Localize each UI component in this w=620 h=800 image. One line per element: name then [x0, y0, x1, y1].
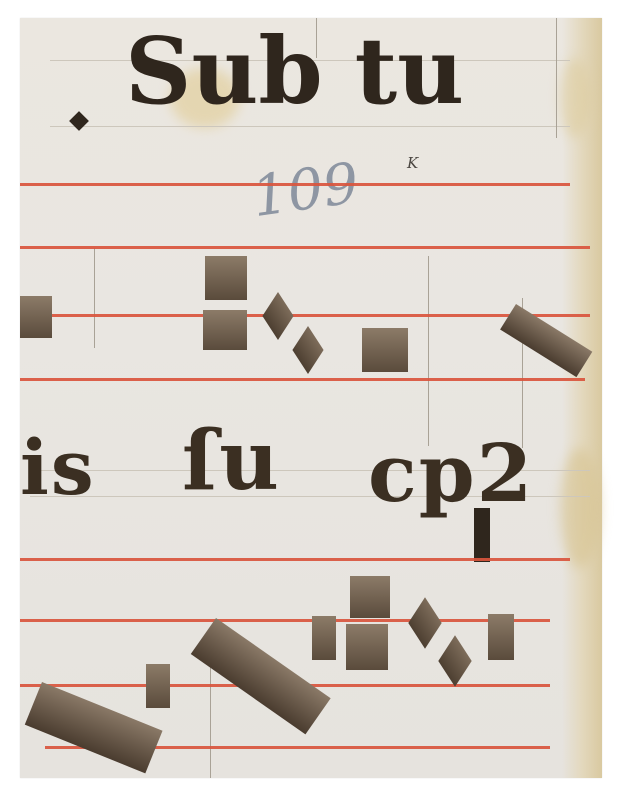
vertical-rule — [94, 248, 95, 348]
pencil-folio-number: 109 — [248, 151, 363, 230]
square-note — [362, 328, 408, 372]
ligature-note — [25, 682, 163, 773]
square-note — [346, 624, 388, 670]
rhombus-note — [262, 292, 293, 340]
rhombus-note — [438, 635, 471, 686]
vertical-rule — [210, 658, 211, 778]
text-syllable: is — [20, 418, 96, 518]
ligature-note — [191, 618, 331, 734]
descender-stroke — [474, 508, 490, 562]
rhombus-note — [292, 326, 323, 374]
square-note — [350, 576, 390, 618]
text-syllable: ſu — [182, 406, 281, 516]
staff-line — [20, 314, 590, 317]
text-syllable: cp2 — [368, 418, 534, 528]
vertical-rule — [556, 18, 557, 138]
square-note — [312, 616, 336, 660]
manuscript-leaf: Sub tu 109 K is ſu cp2 — [20, 18, 602, 778]
staff-line — [20, 619, 550, 622]
square-note — [205, 256, 247, 300]
staff-line — [20, 378, 585, 381]
punctus-mark — [69, 111, 89, 131]
staff-line — [20, 246, 590, 249]
text-line-top: Sub tu — [125, 16, 464, 126]
square-note — [20, 296, 52, 338]
text-rule — [50, 126, 570, 127]
square-note — [146, 664, 170, 708]
square-note — [203, 310, 247, 350]
stain — [560, 448, 600, 568]
square-note — [488, 614, 514, 660]
staff-line — [20, 558, 570, 561]
pencil-letter: K — [407, 154, 418, 172]
staff-line — [20, 183, 570, 186]
rhombus-note — [408, 597, 441, 648]
